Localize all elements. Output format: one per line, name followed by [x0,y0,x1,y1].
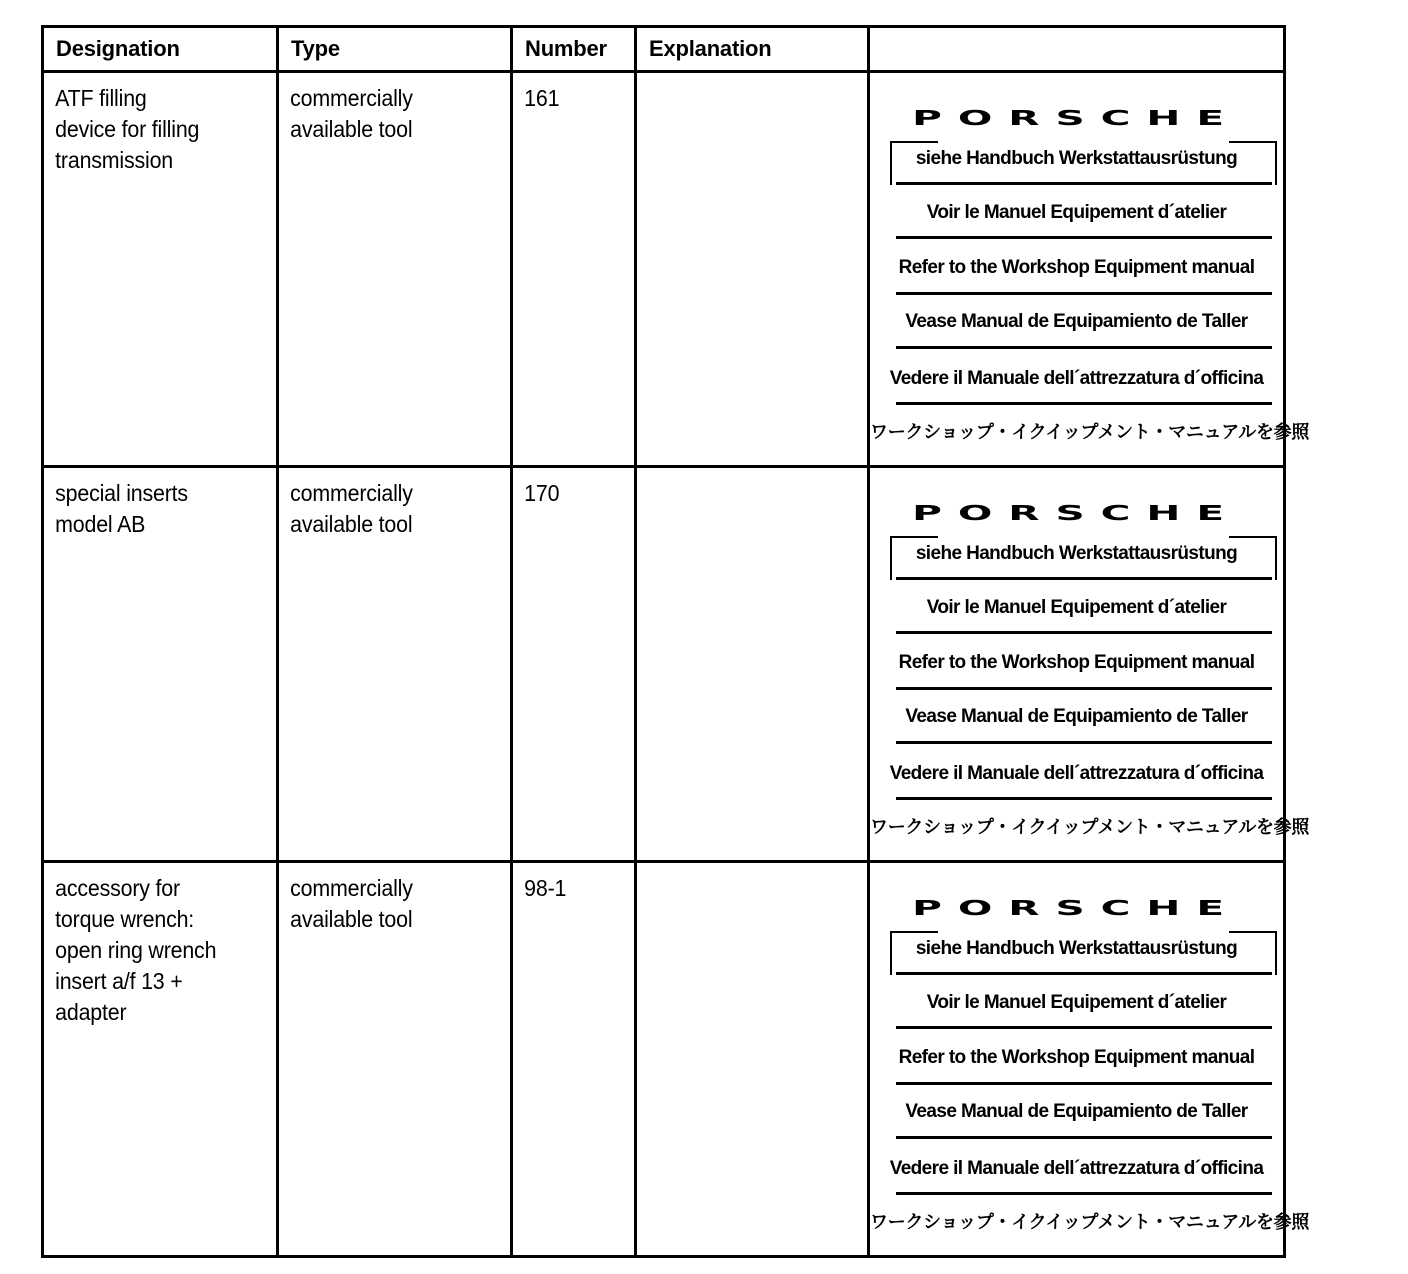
ref-divider [896,182,1272,185]
explanation-text [637,468,851,478]
ref-divider [896,1082,1272,1085]
ref-line-german: siehe Handbuch Werkstattausrüstung [870,542,1283,566]
table-row: special inserts model AB commercially av… [43,467,1285,862]
header-designation: Designation [43,27,278,72]
ref-line-spanish: Vease Manual de Equipamiento de Taller [870,310,1283,334]
ref-divider [896,741,1272,744]
cell-type: commercially available tool [278,72,512,467]
ref-line-italian: Vedere il Manuale dell´attrezzatura d´of… [870,762,1283,786]
cell-number: 170 [512,467,636,862]
type-text: commercially available tool [279,863,494,935]
explanation-text [637,863,851,873]
ref-divider [896,1026,1272,1029]
ref-line-japanese: ワークショップ・イクイップメント・マニュアルを参照 [870,1211,1283,1235]
ref-line-french: Voir le Manuel Equipement d´atelier [870,596,1283,620]
cell-number: 98-1 [512,862,636,1257]
number-text: 98-1 [513,863,626,904]
ref-line-italian: Vedere il Manuale dell´attrezzatura d´of… [870,1157,1283,1181]
ref-divider [896,236,1272,239]
porsche-logo: PORSCHE [870,899,1283,918]
ref-line-japanese: ワークショップ・イクイップメント・マニュアルを参照 [870,816,1283,840]
explanation-text [637,73,851,83]
porsche-logo: PORSCHE [870,504,1283,523]
ref-line-french: Voir le Manuel Equipement d´atelier [870,991,1283,1015]
cell-type: commercially available tool [278,467,512,862]
cell-explanation [636,862,869,1257]
ref-line-japanese: ワークショップ・イクイップメント・マニュアルを参照 [870,421,1283,445]
cell-designation: special inserts model AB [43,467,278,862]
cell-type: commercially available tool [278,862,512,1257]
cell-explanation [636,467,869,862]
cell-number: 161 [512,72,636,467]
table-row: ATF filling device for filling transmiss… [43,72,1285,467]
number-text: 161 [513,73,626,114]
ref-line-french: Voir le Manuel Equipement d´atelier [870,201,1283,225]
ref-divider [896,577,1272,580]
ref-divider [896,346,1272,349]
porsche-reference-block: PORSCHE siehe Handbuch Werkstattausrüstu… [870,863,1283,1255]
designation-text: special inserts model AB [44,468,260,540]
cell-reference: PORSCHE siehe Handbuch Werkstattausrüstu… [869,72,1285,467]
number-text: 170 [513,468,626,509]
cell-designation: ATF filling device for filling transmiss… [43,72,278,467]
ref-line-english: Refer to the Workshop Equipment manual [870,256,1283,280]
special-tools-table: Designation Type Number Explanation ATF … [41,25,1286,1258]
designation-text: ATF filling device for filling transmiss… [44,73,260,176]
header-number: Number [512,27,636,72]
header-type: Type [278,27,512,72]
ref-line-italian: Vedere il Manuale dell´attrezzatura d´of… [870,367,1283,391]
ref-line-spanish: Vease Manual de Equipamiento de Taller [870,1100,1283,1124]
ref-divider [896,797,1272,800]
ref-divider [896,1136,1272,1139]
ref-line-english: Refer to the Workshop Equipment manual [870,651,1283,675]
type-text: commercially available tool [279,468,494,540]
ref-divider [896,631,1272,634]
ref-line-german: siehe Handbuch Werkstattausrüstung [870,937,1283,961]
designation-text: accessory for torque wrench: open ring w… [44,863,260,1028]
table-row: accessory for torque wrench: open ring w… [43,862,1285,1257]
ref-divider [896,687,1272,690]
porsche-reference-block: PORSCHE siehe Handbuch Werkstattausrüstu… [870,468,1283,860]
ref-line-english: Refer to the Workshop Equipment manual [870,1046,1283,1070]
ref-divider [896,972,1272,975]
table-header-row: Designation Type Number Explanation [43,27,1285,72]
header-explanation: Explanation [636,27,869,72]
cell-reference: PORSCHE siehe Handbuch Werkstattausrüstu… [869,467,1285,862]
porsche-logo: PORSCHE [870,109,1283,128]
ref-line-german: siehe Handbuch Werkstattausrüstung [870,147,1283,171]
type-text: commercially available tool [279,73,494,145]
header-reference [869,27,1285,72]
cell-reference: PORSCHE siehe Handbuch Werkstattausrüstu… [869,862,1285,1257]
ref-divider [896,1192,1272,1195]
ref-line-spanish: Vease Manual de Equipamiento de Taller [870,705,1283,729]
ref-divider [896,402,1272,405]
cell-designation: accessory for torque wrench: open ring w… [43,862,278,1257]
porsche-reference-block: PORSCHE siehe Handbuch Werkstattausrüstu… [870,73,1283,465]
cell-explanation [636,72,869,467]
ref-divider [896,292,1272,295]
